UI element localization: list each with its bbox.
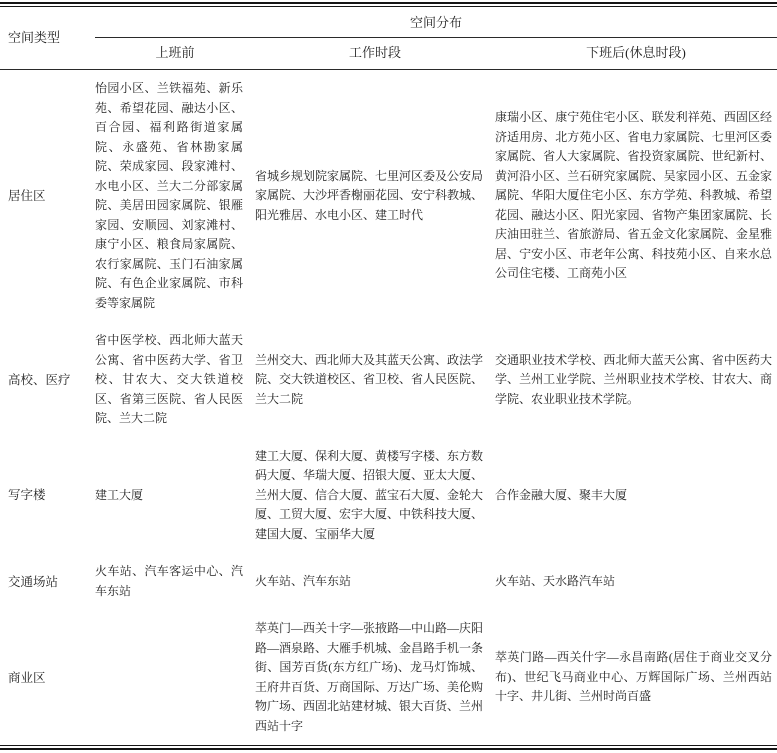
table-body: 居住区 怡园小区、兰铁福苑、新乐苑、希望花园、融达小区、百合园、福利路街道家属院… bbox=[0, 70, 777, 746]
table-row-residential: 居住区 怡园小区、兰铁福苑、新乐苑、希望花园、融达小区、百合园、福利路街道家属院… bbox=[0, 70, 777, 323]
table-frame: 空间类型 空间分布 上班前 工作时段 下班后(休息时段) 居住区 怡园小区、兰铁… bbox=[0, 2, 777, 750]
row-label-commercial-district: 商业区 bbox=[0, 610, 95, 746]
row-label-residential: 居住区 bbox=[0, 70, 95, 323]
cell-transport-after-work: 火车站、天水路汽车站 bbox=[495, 553, 777, 610]
header-work-hours: 工作时段 bbox=[255, 37, 495, 70]
header-spatial-distribution: 空间分布 bbox=[95, 7, 777, 38]
cell-commercial-after-work: 萃英门路—西关什字—永昌南路(居住于商业交叉分布)、世纪飞马商业中心、万辉国际广… bbox=[495, 610, 777, 746]
header-row-sub: 上班前 工作时段 下班后(休息时段) bbox=[0, 37, 777, 70]
table-row-office-building: 写字楼 建工大厦 建工大厦、保利大厦、黄楼写字楼、东方数码大厦、华瑞大厦、招银大… bbox=[0, 438, 777, 554]
cell-commercial-work-hours: 萃英门—西关十字—张掖路—中山路—庆阳路—酒泉路、大雁手机城、金昌路手机一条街、… bbox=[255, 610, 495, 746]
cell-residential-before-work: 怡园小区、兰铁福苑、新乐苑、希望花园、融达小区、百合园、福利路街道家属院、永盛苑… bbox=[95, 70, 255, 323]
space-distribution-table: 空间类型 空间分布 上班前 工作时段 下班后(休息时段) 居住区 怡园小区、兰铁… bbox=[0, 6, 777, 746]
row-label-office-building: 写字楼 bbox=[0, 438, 95, 554]
cell-university-before-work: 省中医学校、西北师大蓝天公寓、省中医药大学、省卫校、甘农大、交大铁道校区、省第三… bbox=[95, 322, 255, 438]
table-header: 空间类型 空间分布 上班前 工作时段 下班后(休息时段) bbox=[0, 7, 777, 70]
table-row-transport-station: 交通场站 火车站、汽车客运中心、汽车东站 火车站、汽车东站 火车站、天水路汽车站 bbox=[0, 553, 777, 610]
cell-office-work-hours: 建工大厦、保利大厦、黄楼写字楼、东方数码大厦、华瑞大厦、招银大厦、亚太大厦、兰州… bbox=[255, 438, 495, 554]
row-label-university-medical: 高校、医疗 bbox=[0, 322, 95, 438]
table-row-university-medical: 高校、医疗 省中医学校、西北师大蓝天公寓、省中医药大学、省卫校、甘农大、交大铁道… bbox=[0, 322, 777, 438]
header-after-work: 下班后(休息时段) bbox=[495, 37, 777, 70]
cell-office-before-work: 建工大厦 bbox=[95, 438, 255, 554]
cell-commercial-before-work bbox=[95, 610, 255, 746]
cell-university-after-work: 交通职业技术学校、西北师大蓝天公寓、省中医药大学、兰州工业学院、兰州职业技术学校… bbox=[495, 322, 777, 438]
cell-university-work-hours: 兰州交大、西北师大及其蓝天公寓、政法学院、交大铁道校区、省卫校、省人民医院、兰大… bbox=[255, 322, 495, 438]
cell-residential-after-work: 康瑞小区、康宁苑住宅小区、联发利祥苑、西固区经济适用房、北方苑小区、省电力家属院… bbox=[495, 70, 777, 323]
table-row-commercial-district: 商业区 萃英门—西关十字—张掖路—中山路—庆阳路—酒泉路、大雁手机城、金昌路手机… bbox=[0, 610, 777, 746]
cell-office-after-work: 合作金融大厦、聚丰大厦 bbox=[495, 438, 777, 554]
cell-transport-before-work: 火车站、汽车客运中心、汽车东站 bbox=[95, 553, 255, 610]
cell-residential-work-hours: 省城乡规划院家属院、七里河区委及公安局家属院、大沙坪香榭丽花园、安宁科教城、阳光… bbox=[255, 70, 495, 323]
row-label-transport-station: 交通场站 bbox=[0, 553, 95, 610]
header-before-work: 上班前 bbox=[95, 37, 255, 70]
cell-transport-work-hours: 火车站、汽车东站 bbox=[255, 553, 495, 610]
header-space-type: 空间类型 bbox=[0, 7, 95, 70]
header-row-group: 空间类型 空间分布 bbox=[0, 7, 777, 38]
